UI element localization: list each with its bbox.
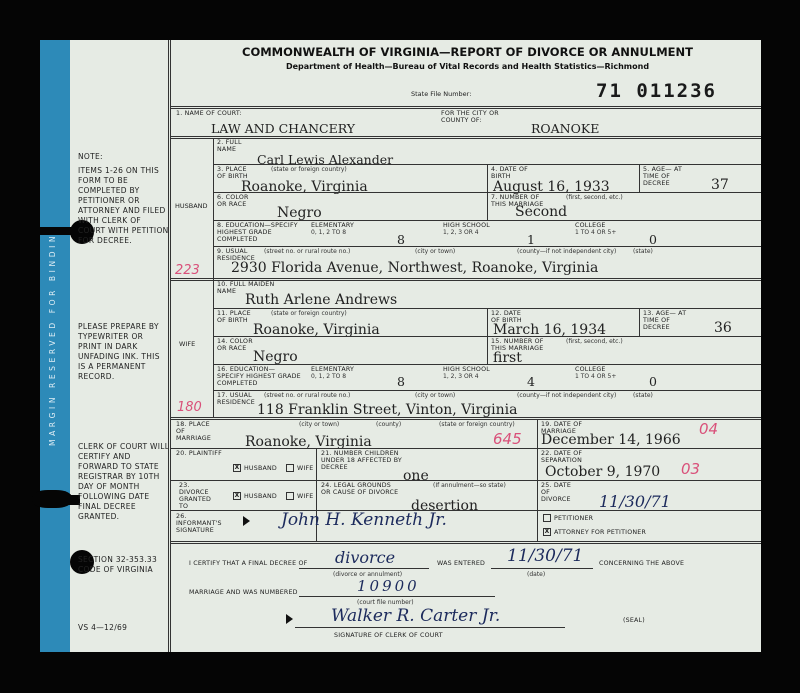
husband-section-label: HUSBAND (175, 202, 208, 210)
granted-husband-text: HUSBAND (244, 493, 277, 500)
marriage-state-hint: (state or foreign country) (439, 421, 515, 428)
form-number: VS 4—12/69 (78, 623, 127, 633)
children-label: 21. NUMBER CHILDREN UNDER 18 AFFECTED BY… (321, 450, 411, 471)
husband-residence: 2930 Florida Avenue, Northwest, Roanoke,… (231, 260, 598, 276)
husband-name-label: 2. FULL NAME (217, 139, 247, 153)
wife-college: 0 (649, 374, 657, 389)
tear-mark (40, 227, 80, 235)
divider (213, 336, 761, 337)
court-city: ROANOKE (531, 121, 599, 136)
arrow-right-icon (243, 516, 250, 526)
divider (213, 192, 761, 193)
divider (213, 246, 761, 247)
husband-race-label: 6. COLOR OR RACE (217, 194, 253, 208)
divider (171, 417, 761, 420)
file-number-hint: (court file number) (357, 599, 414, 606)
wife-age-label: 13. AGE— AT TIME OF DECREE (643, 310, 699, 331)
divider (171, 136, 761, 139)
clerk-signature-line (295, 627, 565, 628)
granted-husband-option[interactable]: XHUSBAND (233, 492, 277, 500)
high-school-hint: 1, 2, 3 OR 4 (443, 229, 479, 236)
certify-text: I CERTIFY THAT A FINAL DECREE OF (189, 560, 307, 567)
concerning-text: CONCERNING THE ABOVE (599, 560, 684, 567)
checkbox-empty-icon[interactable] (286, 464, 294, 472)
decree-type-line (299, 568, 429, 569)
marriage-city-hint: (city or town) (299, 421, 339, 428)
divider (213, 138, 214, 280)
elementary-header: ELEMENTARY (311, 222, 354, 229)
husband-birthplace-label: 3. PLACE OF BIRTH (217, 166, 253, 180)
divider (639, 308, 640, 336)
husband-marriage-no: Second (515, 204, 567, 220)
divider (213, 364, 761, 365)
clerk-signature: Walker R. Carter Jr. (331, 606, 500, 626)
form-body: COMMONWEALTH OF VIRGINIA—REPORT OF DIVOR… (168, 40, 764, 652)
divider (213, 280, 214, 418)
residence-state-hint: (state) (633, 392, 653, 399)
entered-date: 11/30/71 (507, 546, 583, 566)
court-label: 1. NAME OF COURT: (176, 110, 242, 117)
divider (213, 220, 761, 221)
wife-birthplace-hint: (state or foreign country) (271, 310, 347, 317)
binding-margin-strip: MARGIN RESERVED FOR BINDING (40, 40, 70, 652)
marriage-county-hint: (county) (376, 421, 401, 428)
husband-age: 37 (711, 177, 729, 193)
numbered-text: MARRIAGE AND WAS NUMBERED (189, 589, 298, 596)
divorce-date-label: 25. DATE OF DIVORCE (541, 482, 581, 503)
college-header: COLLEGE (575, 222, 606, 229)
husband-age-label: 5. AGE— AT TIME OF DECREE (643, 166, 699, 187)
residence-city-hint: (city or town) (415, 392, 455, 399)
divider (171, 480, 761, 481)
decree-type: divorce (335, 548, 395, 567)
plaintiff-label: 20. PLAINTIFF (176, 450, 222, 457)
residence-city-hint: (city or town) (415, 248, 455, 255)
elementary-hint: 0, 1, 2 TO 8 (311, 373, 346, 380)
college-hint: 1 TO 4 OR 5+ (575, 373, 616, 380)
residence-state-hint: (state) (633, 248, 653, 255)
note-title: NOTE: (78, 152, 103, 162)
prepare-instructions: PLEASE PREPARE BY TYPEWRITER OR PRINT IN… (78, 322, 166, 382)
husband-dob-label: 4. DATE OF BIRTH (491, 166, 531, 180)
husband-birthplace-hint: (state or foreign country) (271, 166, 347, 173)
divider (213, 390, 761, 391)
petitioner-option[interactable]: PETITIONER (543, 514, 593, 522)
marriage-place-label: 18. PLACE OF MARRIAGE (176, 421, 216, 442)
wife-residence-label: 17. USUAL RESIDENCE (217, 392, 253, 406)
code-section: SECTION 32-353.33 CODE OF VIRGINIA (78, 555, 168, 575)
husband-high-school: 1 (527, 232, 535, 247)
note-body: ITEMS 1-26 ON THIS FORM TO BE COMPLETED … (78, 166, 170, 246)
plaintiff-wife-text: WIFE (297, 465, 313, 472)
granted-to-label: 23. DIVORCE GRANTED TO (179, 482, 209, 510)
college-hint: 1 TO 4 OR 5+ (575, 229, 616, 236)
residence-county-hint: (county—if not independent city) (517, 392, 616, 399)
form-subtitle: Department of Health—Bureau of Vital Rec… (171, 62, 764, 71)
grounds-hint: (If annulment—so state) (433, 482, 506, 489)
wife-residence: 118 Franklin Street, Vinton, Virginia (257, 402, 518, 418)
plaintiff-wife-option[interactable]: WIFE (286, 464, 313, 472)
divider (639, 164, 640, 192)
file-number-line (299, 596, 495, 597)
husband-elementary: 8 (397, 232, 405, 247)
wife-race: Negro (253, 349, 298, 365)
husband-race: Negro (277, 205, 322, 221)
separation-label: 22. DATE OF SEPARATION (541, 450, 591, 464)
separation-code: 03 (681, 460, 700, 478)
husband-code: 223 (175, 263, 200, 278)
state-file-label: State File Number: (411, 90, 471, 98)
wife-code: 180 (177, 400, 202, 415)
divider (171, 541, 761, 544)
residence-county-hint: (county—if not independent city) (517, 248, 616, 255)
court-file-number: 10900 (357, 577, 420, 595)
college-header: COLLEGE (575, 366, 606, 373)
attorney-text: ATTORNEY FOR PETITIONER (554, 529, 646, 536)
arrow-right-icon (286, 614, 293, 624)
checkbox-checked-icon[interactable]: X (543, 528, 551, 536)
wife-race-label: 14. COLOR OR RACE (217, 338, 253, 352)
marriage-place-code: 645 (493, 430, 522, 448)
residence-street-hint: (street no. or rural route no.) (264, 392, 350, 399)
entered-date-line (491, 568, 593, 569)
divorce-date: 11/30/71 (599, 492, 671, 511)
checkbox-checked-icon[interactable]: X (233, 464, 241, 472)
children-count: one (403, 468, 429, 484)
husband-marriage-no-hint: (first, second, etc.) (566, 194, 623, 201)
attorney-option[interactable]: XATTORNEY FOR PETITIONER (543, 528, 646, 536)
clerk-signature-label: SIGNATURE OF CLERK OF COURT (334, 632, 443, 639)
plaintiff-husband-option[interactable]: XHUSBAND (233, 464, 277, 472)
state-file-number: 71 011236 (596, 80, 717, 102)
divorce-report-form: MARGIN RESERVED FOR BINDING NOTE: ITEMS … (40, 40, 761, 652)
court-name: LAW AND CHANCERY (211, 121, 355, 136)
wife-name: Ruth Arlene Andrews (245, 292, 397, 308)
clerk-instructions: CLERK OF COURT WILL CERTIFY AND FORWARD … (78, 442, 170, 522)
binding-margin-text: MARGIN RESERVED FOR BINDING (48, 170, 62, 500)
was-entered-text: WAS ENTERED (437, 560, 485, 567)
husband-college: 0 (649, 232, 657, 247)
husband-education-label: 8. EDUCATION—SPECIFY HIGHEST GRADE COMPL… (217, 222, 301, 243)
high-school-hint: 1, 2, 3 OR 4 (443, 373, 479, 380)
wife-marriage-no-hint: (first, second, etc.) (566, 338, 623, 345)
checkbox-checked-icon[interactable]: X (233, 492, 241, 500)
grounds-label: 24. LEGAL GROUNDS OR CAUSE OF DIVORCE (321, 482, 401, 496)
seal-label: (SEAL) (623, 617, 645, 624)
divider (171, 448, 761, 449)
elementary-hint: 0, 1, 2 TO 8 (311, 229, 346, 236)
divider (171, 510, 761, 511)
wife-education-label: 16. EDUCATION—SPECIFY HIGHEST GRADE COMP… (217, 366, 301, 387)
date-hint: (date) (527, 571, 545, 578)
marriage-date: December 14, 1966 (541, 432, 681, 448)
petitioner-text: PETITIONER (554, 515, 593, 522)
binder-hole-icon (32, 490, 72, 508)
high-school-header: HIGH SCHOOL (443, 222, 490, 229)
granted-wife-text: WIFE (297, 493, 313, 500)
informant-label: 26. INFORMANT'S SIGNATURE (176, 513, 226, 534)
wife-section-label: WIFE (179, 340, 195, 348)
form-title: COMMONWEALTH OF VIRGINIA—REPORT OF DIVOR… (171, 45, 764, 59)
wife-elementary: 8 (397, 374, 405, 389)
informant-signature: John H. Kenneth Jr. (281, 510, 447, 530)
wife-age: 36 (714, 320, 732, 336)
separation-date: October 9, 1970 (545, 464, 660, 480)
residence-street-hint: (street no. or rural route no.) (264, 248, 350, 255)
wife-birthplace-label: 11. PLACE OF BIRTH (217, 310, 253, 324)
wife-high-school: 4 (527, 374, 535, 389)
granted-wife-option[interactable]: WIFE (286, 492, 313, 500)
marriage-date-code: 04 (699, 420, 718, 438)
checkbox-empty-icon[interactable] (543, 514, 551, 522)
elementary-header: ELEMENTARY (311, 366, 354, 373)
checkbox-empty-icon[interactable] (286, 492, 294, 500)
high-school-header: HIGH SCHOOL (443, 366, 490, 373)
divider (171, 106, 761, 109)
plaintiff-husband-text: HUSBAND (244, 465, 277, 472)
court-city-label: FOR THE CITY OR COUNTY OF: (441, 110, 501, 124)
